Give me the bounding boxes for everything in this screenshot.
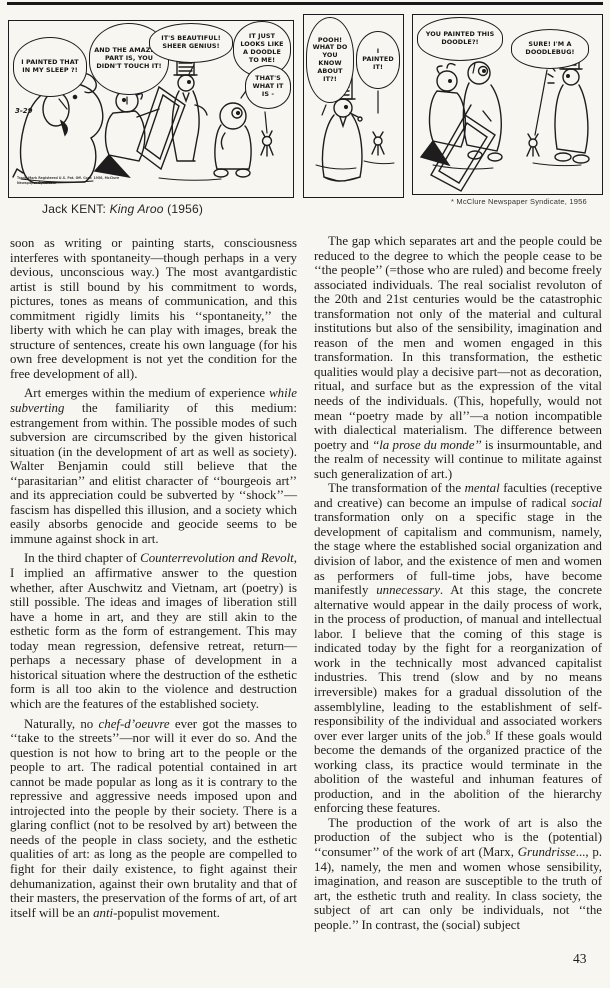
paragraph: Art emerges within the medium of experie… xyxy=(10,386,297,546)
speech-balloon-painted: I PAINTED IT! xyxy=(356,31,400,89)
comic-panel-2: POOH! WHAT DO YOU KNOW ABOUT IT?! I PAIN… xyxy=(303,14,404,198)
book-page: I PAINTED THAT IN MY SLEEP ?! AND THE AM… xyxy=(0,0,610,988)
comic-panel-3: YOU PAINTED THIS DOODLE?! SURE! I'M A DO… xyxy=(412,14,603,195)
ground-line xyxy=(316,161,394,169)
syndicate-credit: * McClure Newspaper Syndicate, 1956 xyxy=(451,197,587,206)
ground-line xyxy=(433,163,581,169)
comic-character-roundhead-man xyxy=(214,103,251,177)
speech-balloon-doodlebug: SURE! I'M A DOODLEBUG! xyxy=(511,29,589,69)
comic-panel-1: I PAINTED THAT IN MY SLEEP ?! AND THE AM… xyxy=(8,20,294,198)
speech-balloon-elephant: I PAINTED THAT IN MY SLEEP ?! xyxy=(13,37,87,97)
speech-balloon-beautiful: IT'S BEAUTIFUL! SHEER GENIUS! xyxy=(149,23,233,63)
paragraph: The gap which separates art and the peop… xyxy=(314,234,602,481)
comic-caption: Jack KENT: King Aroo (1956) xyxy=(42,202,203,216)
paragraph: The production of the work of art is als… xyxy=(314,816,602,932)
paragraph: Naturally, no chef-d’oeuvre ever got the… xyxy=(10,717,297,921)
comic-character-tophat-man xyxy=(172,55,207,161)
caption-year: (1956) xyxy=(164,202,203,216)
comic-character-doodlebug xyxy=(527,134,539,156)
easel-frame xyxy=(137,87,185,169)
paragraph: soon as writing or painting starts, cons… xyxy=(10,236,297,381)
top-rule xyxy=(7,2,603,5)
page-number: 43 xyxy=(573,951,587,967)
balloon-tails xyxy=(473,63,547,135)
speech-balloon-you-painted: YOU PAINTED THIS DOODLE?! xyxy=(417,17,503,61)
speech-balloon-pooh: POOH! WHAT DO YOU KNOW ABOUT IT?! xyxy=(306,17,354,103)
right-column: The gap which separates art and the peop… xyxy=(314,234,602,932)
comic-character-clown xyxy=(421,64,465,165)
paragraph: In the third chapter of Counterrevolutio… xyxy=(10,551,297,711)
caption-title: King Aroo xyxy=(110,202,164,216)
date-mark: 3-29 xyxy=(15,107,33,115)
caption-artist: Jack KENT: xyxy=(42,202,110,216)
speech-balloon-thats-what: THAT'S WHAT IT IS - xyxy=(245,65,291,109)
comic-character-doodlebug xyxy=(261,131,273,156)
comic-character-doodlebug xyxy=(372,132,384,155)
left-column: soon as writing or painting starts, cons… xyxy=(10,236,297,920)
comic-character-clown xyxy=(95,82,159,177)
paragraph: The transformation of the mental faculti… xyxy=(314,481,602,816)
trademark-fineprint: Trade Mark Registered U.S. Pat. Off. Cop… xyxy=(17,176,137,185)
